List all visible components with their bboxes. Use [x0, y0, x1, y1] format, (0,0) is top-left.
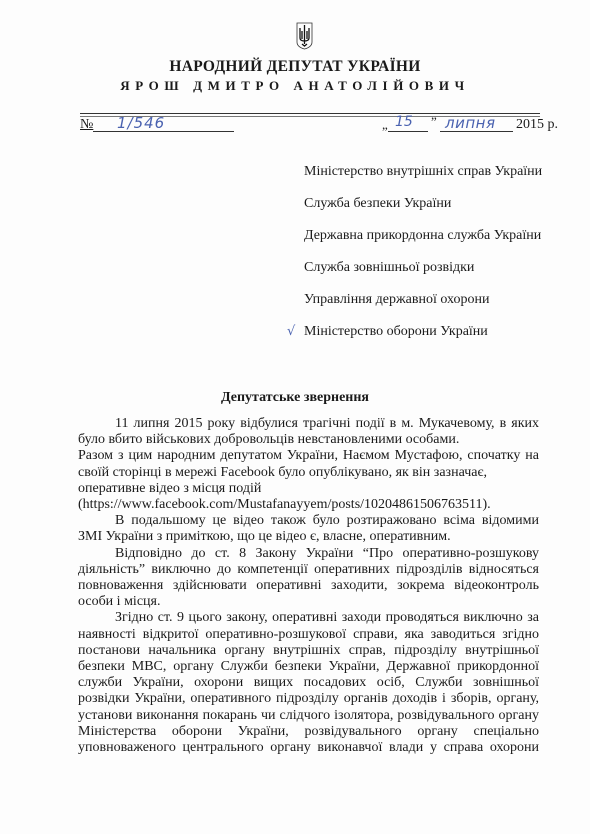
- recipient-item: Державна прикордонна служба України: [304, 226, 542, 258]
- document-body: 11 липня 2015 року відбулися трагічні по…: [78, 416, 539, 756]
- paragraph: Відповідно до ст. 8 Закону України “Про …: [78, 546, 539, 611]
- paragraph: 11 липня 2015 року відбулися трагічні по…: [78, 416, 539, 448]
- document-page: НАРОДНИЙ ДЕПУТАТ УКРАЇНИ ЯРОШ ДМИТРО АНА…: [0, 0, 590, 834]
- date-day-value: 15: [395, 114, 413, 130]
- recipient-item: Управління державної охорони: [304, 290, 542, 322]
- trident-coat-of-arms-icon: [296, 22, 313, 50]
- date-close-quote: ”: [431, 114, 437, 130]
- paragraph: Згідно ст. 9 цього закону, оперативні за…: [78, 610, 539, 756]
- facebook-link[interactable]: (https://www.facebook.com/Mustafanayyem/…: [78, 497, 539, 513]
- letterhead-title: НАРОДНИЙ ДЕПУТАТ УКРАЇНИ: [0, 58, 590, 76]
- date-open-quote: „: [382, 117, 388, 133]
- paragraph: В подальшому це відео також було розтира…: [78, 513, 539, 545]
- registration-number-value: 1/546: [117, 114, 165, 132]
- paragraph-spread-line: оперативне відео з місця подій: [78, 481, 539, 497]
- recipients-list: Міністерство внутрішніх справ України Сл…: [304, 162, 542, 354]
- recipient-item: √ Міністерство оборони України: [304, 322, 542, 354]
- letterhead-deputy-name: ЯРОШ ДМИТРО АНАТОЛІЙОВИЧ: [0, 78, 590, 94]
- date-month-value: липня: [445, 114, 495, 132]
- paragraph: Разом з цим народним депутатом України, …: [78, 448, 539, 480]
- document-subject: Депутатське звернення: [0, 390, 590, 406]
- recipient-item: Міністерство внутрішніх справ України: [304, 162, 542, 194]
- date-year: 2015 р.: [516, 117, 558, 133]
- handwritten-check-icon: √: [287, 322, 295, 342]
- registration-number-label: №: [80, 117, 93, 133]
- date-day-underline: [388, 131, 428, 132]
- recipient-item: Служба безпеки України: [304, 194, 542, 226]
- recipient-item: Служба зовнішньої розвідки: [304, 258, 542, 290]
